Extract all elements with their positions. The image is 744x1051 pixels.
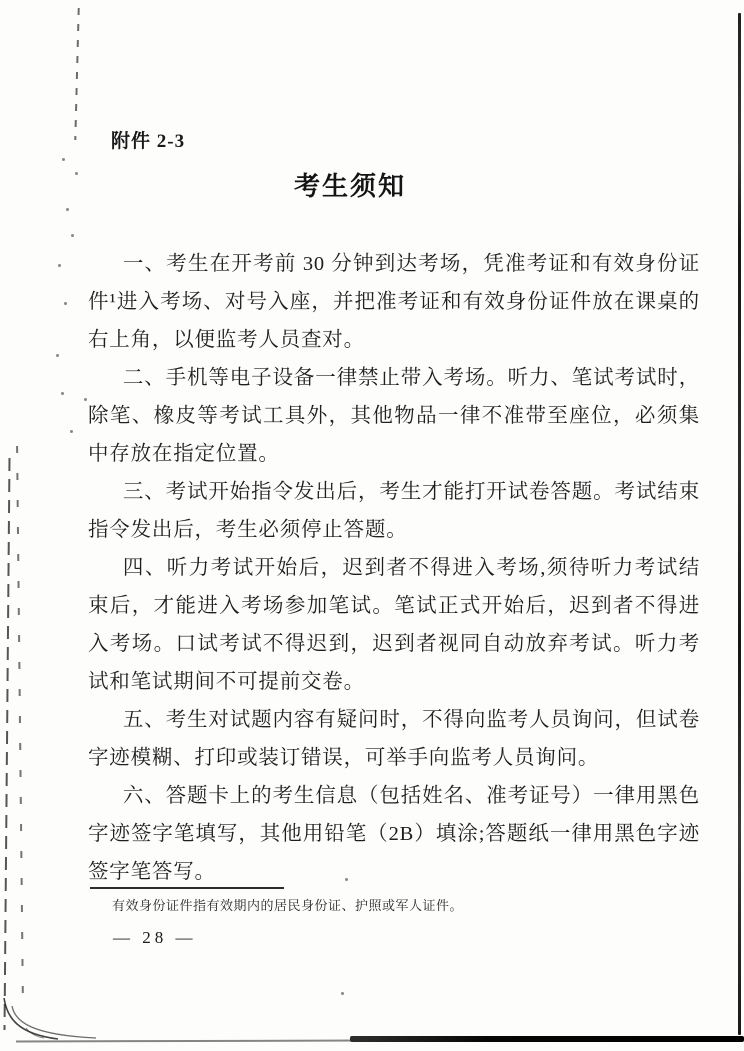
- scan-edge-line-right: [738, 13, 741, 1035]
- notice-item-2: 二、手机等电子设备一律禁止带入考场。听力、笔试考试时，除笔、橡皮等考试工具外，其…: [88, 359, 700, 473]
- scan-speck: [61, 392, 64, 395]
- scan-speck: [71, 234, 74, 237]
- scan-speck: [66, 208, 69, 211]
- scan-edge-line-bottom: [350, 1036, 744, 1042]
- scan-binding-line-left-inner: [16, 446, 24, 1004]
- page-curl-mark: [0, 998, 100, 1048]
- scan-edge-line-bottom-left: [16, 1040, 361, 1043]
- notice-item-3: 三、考试开始指令发出后，考生才能打开试卷答题。考试结束指令发出后，考生必须停止答…: [88, 473, 700, 549]
- scan-speck: [70, 430, 73, 433]
- scanned-document-page: 附件 2-3 考生须知 一、考生在开考前 30 分钟到达考场，凭准考证和有效身份…: [0, 0, 744, 1051]
- footnote-text: 有效身份证件指有效期内的居民身份证、护照或军人证件。: [112, 895, 672, 914]
- notice-item-4: 四、听力考试开始后，迟到者不得进入考场,须待听力考试结束后，才能进入考场参加笔试…: [88, 549, 700, 701]
- scan-speck: [341, 992, 344, 995]
- notice-item-1: 一、考生在开考前 30 分钟到达考场，凭准考证和有效身份证件¹进入考场、对号入座…: [88, 245, 700, 359]
- scan-speck: [56, 354, 59, 357]
- scan-speck: [64, 302, 67, 305]
- notice-body: 一、考生在开考前 30 分钟到达考场，凭准考证和有效身份证件¹进入考场、对号入座…: [88, 245, 700, 891]
- scan-binding-line-left-outer: [4, 458, 11, 1030]
- scan-speck: [84, 398, 87, 401]
- document-title: 考生须知: [0, 166, 722, 203]
- notice-item-5: 五、考生对试题内容有疑问时，不得向监考人员询问，但试卷字迹模糊、打印或装订错误，…: [88, 701, 700, 777]
- page-number: — 28 —: [113, 928, 197, 948]
- scan-speck: [58, 264, 61, 267]
- attachment-label: 附件 2-3: [111, 126, 185, 153]
- notice-item-6: 六、答题卡上的考生信息（包括姓名、准考证号）一律用黑色字迹签字笔填写，其他用铅笔…: [88, 777, 700, 891]
- scan-binding-mark-top: [74, 8, 79, 140]
- scan-speck: [62, 158, 65, 161]
